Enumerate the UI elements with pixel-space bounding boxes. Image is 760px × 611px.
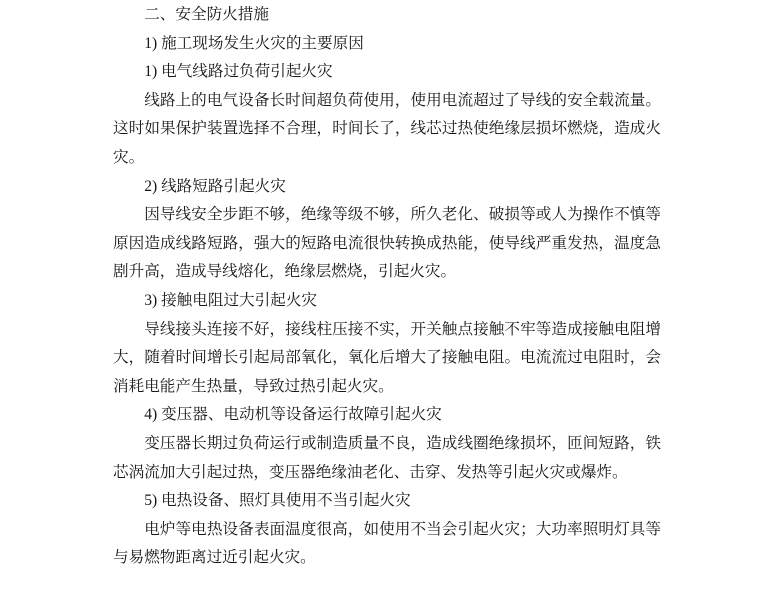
section-heading: 4) 变压器、电动机等设备运行故障引起火灾 [113,401,661,430]
section-heading: 1) 电气线路过负荷引起火灾 [113,58,661,87]
body-paragraph: 因导线安全步距不够，绝缘等级不够，所久老化、破损等或人为操作不慎等原因造成线路短… [113,201,661,287]
section-heading: 5) 电热设备、照灯具使用不当引起火灾 [113,487,661,516]
section-heading: 二、安全防火措施 [113,1,661,30]
body-paragraph: 线路上的电气设备长时间超负荷使用，使用电流超过了导线的安全载流量。这时如果保护装… [113,87,661,173]
section-heading: 1) 施工现场发生火灾的主要原因 [113,30,661,59]
section-heading: 2) 线路短路引起火灾 [113,173,661,202]
body-paragraph: 导线接头连接不好，接线柱压接不实，开关触点接触不牢等造成接触电阻增大，随着时间增… [113,316,661,402]
body-paragraph: 电炉等电热设备表面温度很高，如使用不当会引起火灾；大功率照明灯具等与易燃物距离过… [113,516,661,573]
body-paragraph: 变压器长期过负荷运行或制造质量不良，造成线圈绝缘损坏，匝间短路，铁芯涡流加大引起… [113,430,661,487]
section-heading: 3) 接触电阻过大引起火灾 [113,287,661,316]
document-page: 二、安全防火措施1) 施工现场发生火灾的主要原因1) 电气线路过负荷引起火灾线路… [0,0,760,611]
document-body: 二、安全防火措施1) 施工现场发生火灾的主要原因1) 电气线路过负荷引起火灾线路… [0,0,760,611]
